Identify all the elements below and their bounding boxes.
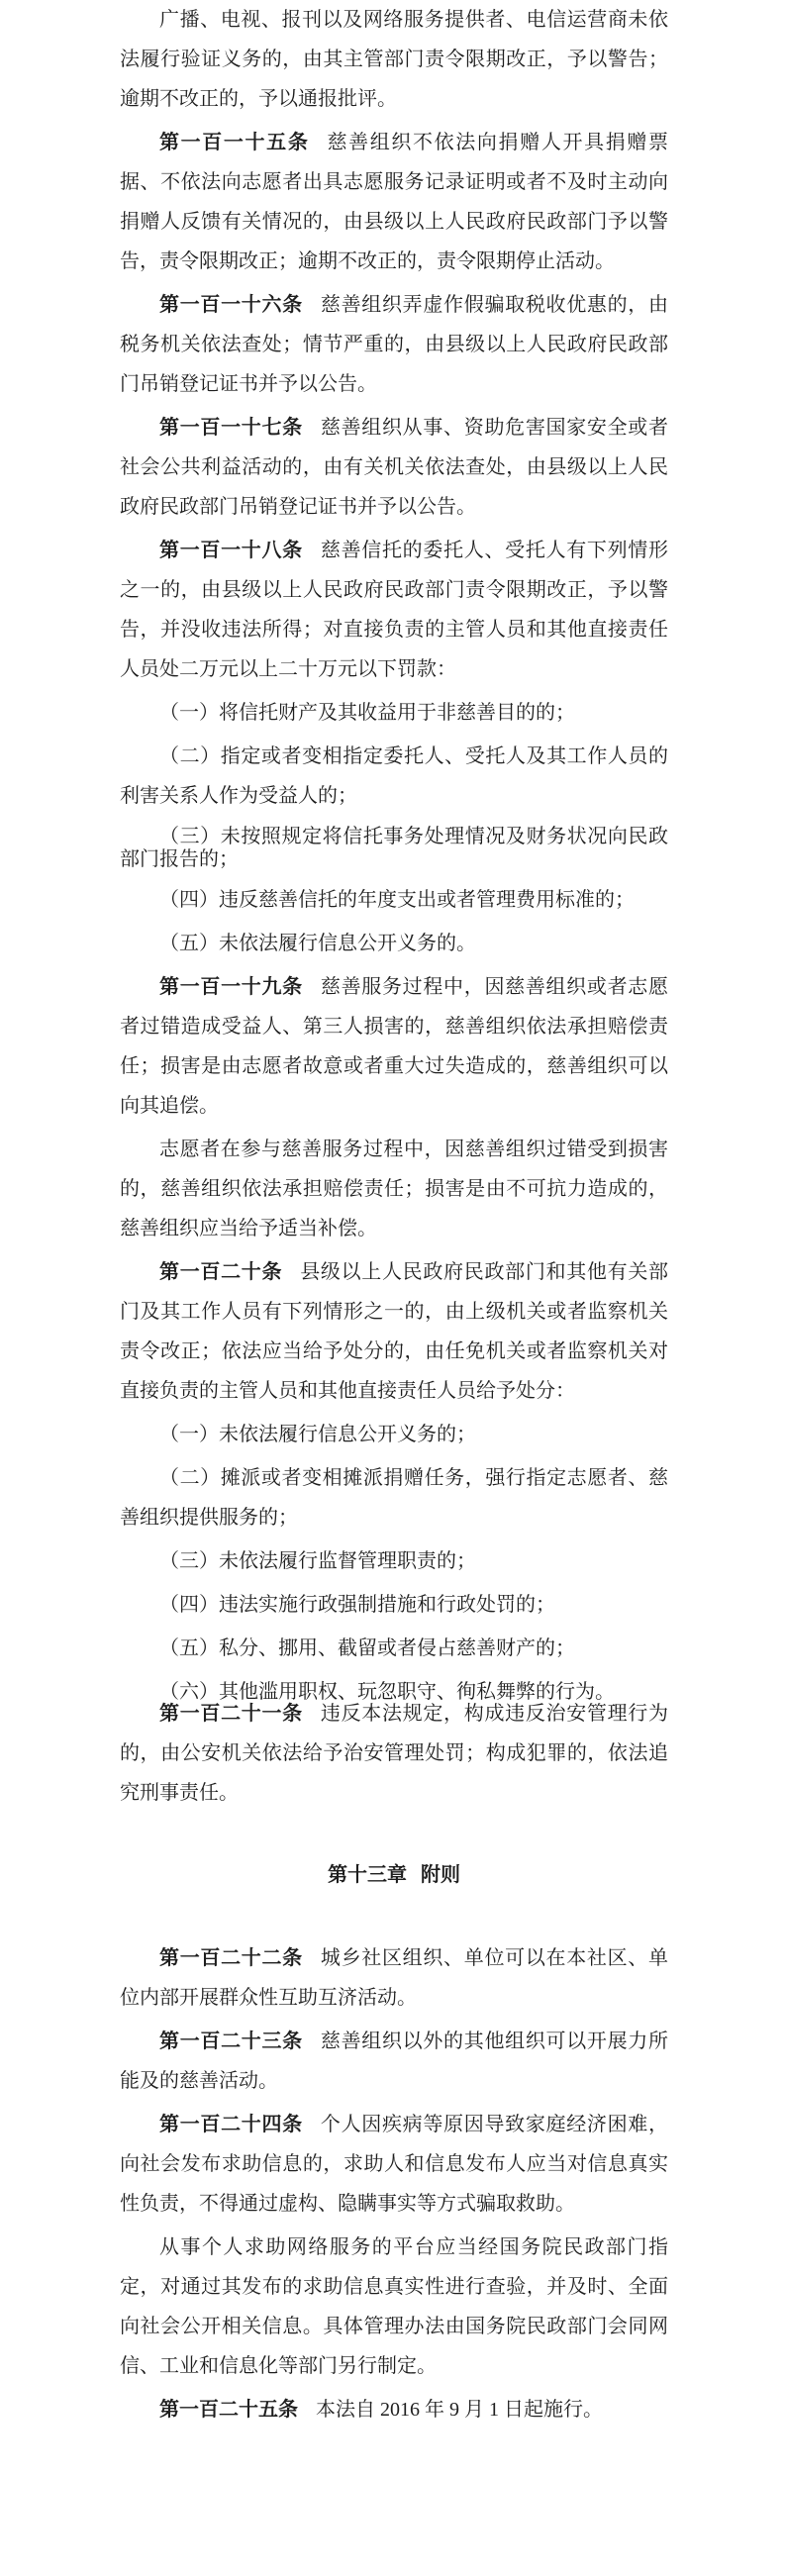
- article-118-number: 第一百一十八条: [159, 540, 303, 561]
- paragraph-volunteer-compensation: 志愿者在参与慈善服务过程中，因慈善组织过错受到损害的，慈善组织依法承担赔偿责任；…: [120, 1130, 668, 1248]
- article-120-number: 第一百二十条: [159, 1261, 282, 1283]
- paragraph-telecom-verification-penalty: 广播、电视、报刊以及网络服务提供者、电信运营商未依法履行验证义务的，由其主管部门…: [120, 0, 668, 119]
- article-120-item-2: （二）摊派或者变相摊派捐赠任务，强行指定志愿者、慈善组织提供服务的；: [120, 1458, 668, 1537]
- article-125-number: 第一百二十五条: [159, 2399, 298, 2421]
- article-122: 第一百二十二条城乡社区组织、单位可以在本社区、单位内部开展群众性互助互济活动。: [120, 1938, 668, 2018]
- chapter-13-title: 附则: [421, 1864, 460, 1886]
- article-115: 第一百一十五条慈善组织不依法向捐赠人开具捐赠票据、不依法向志愿者出具志愿服务记录…: [120, 123, 668, 281]
- article-118-item-4: （四）违反慈善信托的年度支出或者管理费用标准的；: [120, 880, 668, 920]
- article-115-number: 第一百一十五条: [159, 132, 309, 153]
- article-119: 第一百一十九条慈善服务过程中，因慈善组织或者志愿者过错造成受益人、第三人损害的，…: [120, 967, 668, 1126]
- article-120: 第一百二十条县级以上人民政府民政部门和其他有关部门及其工作人员有下列情形之一的，…: [120, 1252, 668, 1411]
- article-117: 第一百一十七条慈善组织从事、资助危害国家安全或者社会公共利益活动的，由有关机关依…: [120, 408, 668, 527]
- article-117-number: 第一百一十七条: [159, 417, 303, 439]
- article-120-item-4: （四）违法实施行政强制措施和行政处罚的；: [120, 1585, 668, 1625]
- article-123: 第一百二十三条慈善组织以外的其他组织可以开展力所能及的慈善活动。: [120, 2022, 668, 2101]
- article-124: 第一百二十四条个人因疾病等原因导致家庭经济困难，向社会发布求助信息的，求助人和信…: [120, 2105, 668, 2224]
- article-116: 第一百一十六条慈善组织弄虚作假骗取税收优惠的，由税务机关依法查处；情节严重的，由…: [120, 285, 668, 404]
- article-120-item-1: （一）未依法履行信息公开义务的；: [120, 1415, 668, 1454]
- chapter-13-number: 第十三章: [328, 1864, 407, 1886]
- document-page: 广播、电视、报刊以及网络服务提供者、电信运营商未依法履行验证义务的，由其主管部门…: [0, 0, 785, 2429]
- article-120-item-5: （五）私分、挪用、截留或者侵占慈善财产的；: [120, 1629, 668, 1668]
- article-123-number: 第一百二十三条: [159, 2031, 303, 2052]
- article-125: 第一百二十五条本法自 2016 年 9 月 1 日起施行。: [120, 2390, 668, 2429]
- article-118: 第一百一十八条慈善信托的委托人、受托人有下列情形之一的，由县级以上人民政府民政部…: [120, 531, 668, 689]
- article-116-number: 第一百一十六条: [159, 294, 303, 316]
- article-118-item-3: （三）未按照规定将信托事务处理情况及财务状况向民政部门报告的；: [120, 826, 668, 871]
- article-124-number: 第一百二十四条: [159, 2114, 303, 2135]
- paragraph-personal-help-platform: 从事个人求助网络服务的平台应当经国务院民政部门指定，对通过其发布的求助信息真实性…: [120, 2228, 668, 2386]
- article-118-item-5: （五）未依法履行信息公开义务的。: [120, 924, 668, 963]
- article-119-number: 第一百一十九条: [159, 976, 303, 998]
- article-121-number: 第一百二十一条: [159, 1703, 303, 1725]
- article-118-item-2: （二）指定或者变相指定委托人、受托人及其工作人员的利害关系人作为受益人的；: [120, 737, 668, 816]
- article-122-number: 第一百二十二条: [159, 1947, 303, 1969]
- article-121: 第一百二十一条违反本法规定，构成违反治安管理行为的，由公安机关依法给予治安管理处…: [120, 1694, 668, 1813]
- article-118-item-1: （一）将信托财产及其收益用于非慈善目的的；: [120, 693, 668, 733]
- article-125-text: 本法自 2016 年 9 月 1 日起施行。: [316, 2399, 603, 2421]
- article-120-item-3: （三）未依法履行监督管理职责的；: [120, 1541, 668, 1581]
- chapter-13-heading: 第十三章附则: [120, 1855, 668, 1895]
